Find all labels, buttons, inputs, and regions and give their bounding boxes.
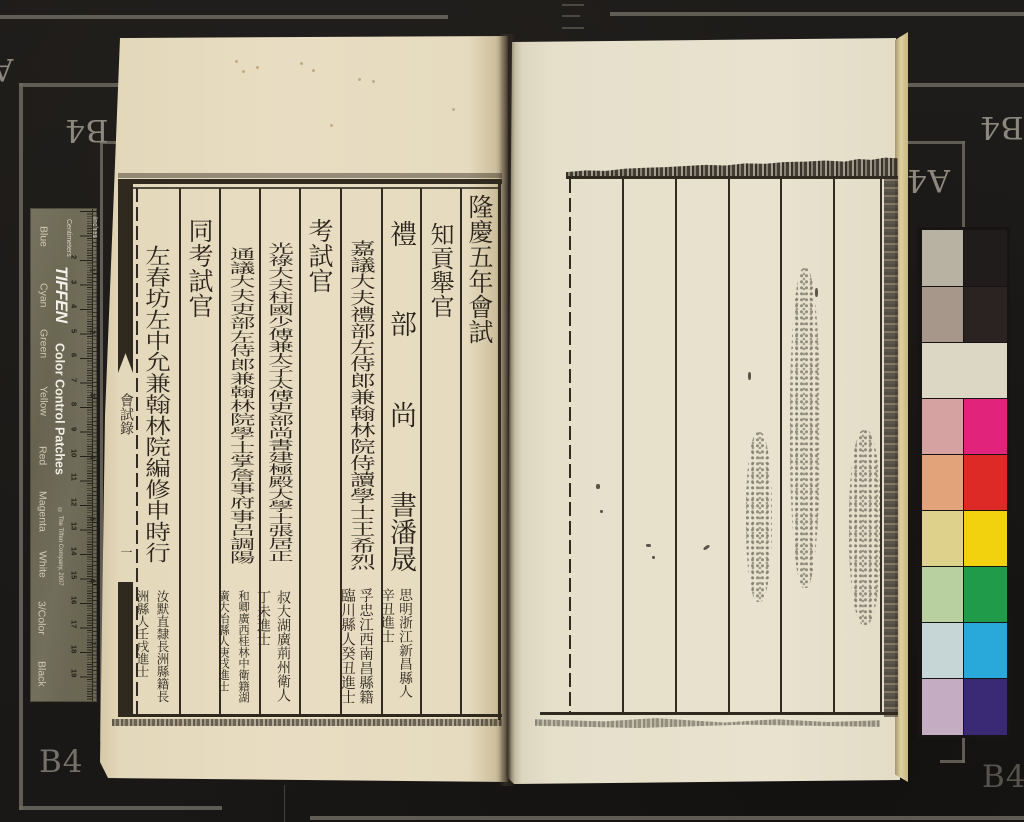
right-page [506, 38, 900, 784]
foxing-spot [256, 66, 259, 69]
ruler-cm-number: 4 [70, 304, 78, 308]
frame-top-rough [118, 173, 502, 178]
column-rule [880, 179, 882, 714]
book-gutter [499, 34, 515, 786]
patch-cyan [964, 623, 1007, 678]
frame-top-border [118, 179, 502, 184]
mat-guide-line [940, 760, 965, 763]
column-rule [780, 179, 782, 714]
mat-guide-line [0, 15, 448, 19]
exam-heading: 隆慶五年會試 [460, 194, 499, 344]
ruler-cm-number: 10 [70, 449, 78, 457]
patch-blue [964, 679, 1007, 735]
strip-color-name: Black [36, 661, 47, 687]
note-line: 和卿廣西桂林中衛籍湖 [233, 590, 253, 703]
strip-color-name: 3/Color [36, 601, 47, 635]
ruler-cm-number: 13 [70, 522, 78, 530]
note-line: 辛丑進士 [377, 588, 395, 698]
frame-top-border [566, 176, 898, 179]
mat-tiny-mark [562, 4, 584, 6]
entry-note: 叔大湖廣荊州衛人 丁未進士 [253, 590, 293, 702]
strip-color-name: Yellow [38, 386, 49, 416]
patch-red [964, 455, 1007, 510]
foxing-spot [300, 62, 303, 65]
banxin-rubbed-band [884, 176, 898, 717]
mat-guide-line [284, 785, 285, 822]
patch-pale-blue [922, 679, 963, 735]
note-line: 洲縣人壬戌進士 [132, 590, 152, 703]
ink-speck [748, 372, 751, 380]
patch-dark-brown [964, 287, 1007, 342]
foxing-spot [235, 60, 238, 63]
strip-color-name: Green [38, 329, 49, 358]
entry-note: 和卿廣西桂林中衛籍湖 廣大冶縣人庚戌進士 [213, 590, 253, 703]
mat-guide-line [610, 12, 1024, 16]
ruler-cm-number: 15 [70, 571, 78, 579]
tiffen-logo: TIFFEN [53, 266, 70, 323]
ink-speck [652, 556, 655, 559]
note-line: 廣大冶縣人庚戌進士 [213, 590, 233, 703]
patch-magenta [964, 399, 1007, 454]
mat-guide-line [310, 816, 1024, 820]
patch-black [964, 230, 1007, 286]
patch-yellow [964, 511, 1007, 566]
column-rule [622, 179, 624, 714]
ruler-cm-number: 9 [70, 427, 78, 431]
mat-tiny-mark [562, 27, 584, 29]
ruler-inch-number: 1 [89, 268, 97, 272]
mat-label-a: A [0, 53, 13, 84]
patch-pale-cyan [922, 623, 963, 678]
ruler-cm-number: 3 [70, 280, 78, 284]
note-line: 丁未進士 [253, 590, 273, 702]
strip-color-name: Blue [38, 226, 49, 247]
banxin-lower-black [118, 582, 133, 715]
ruler-cm-number: 16 [70, 596, 78, 604]
patch-pale-magenta [922, 399, 963, 454]
foxing-spot [358, 78, 361, 81]
note-line: 汝默直隸長洲縣籍長 [152, 590, 172, 703]
ruler-cm-number: 19 [70, 669, 78, 677]
mat-guide-line [962, 141, 965, 229]
patch-pale-red [922, 455, 963, 510]
patch-green [964, 567, 1007, 622]
section-label-associate-examiner: 同考試官 [179, 218, 219, 318]
patch-light-gray [922, 230, 963, 286]
strip-color-name: Magenta [37, 491, 48, 532]
ruler-cm-number: 5 [70, 329, 78, 333]
ruler-inch-number: 2 [89, 330, 97, 334]
strip-color-name: Red [37, 446, 48, 465]
patch-pale-yellow [922, 511, 963, 566]
ruler-cm-number: 11 [70, 473, 78, 481]
mat-label-b4: B4 [979, 111, 1024, 142]
ink-speck [596, 484, 600, 489]
official-entry-shen-shixing: 左春坊左中允兼翰林院編修申時行 [132, 245, 184, 563]
ruler-inch-number: 4 [89, 455, 97, 459]
ink-speck [815, 288, 818, 297]
ruler-inch-number: 3 [89, 393, 97, 397]
foxing-spot [372, 80, 375, 83]
mat-tiny-mark [562, 15, 580, 17]
mat-guide-line [19, 83, 23, 810]
mat-guide-line [905, 141, 965, 144]
ruler-cm-number: 12 [70, 498, 78, 506]
strip-color-name: White [37, 551, 48, 578]
note-line: 孚忠江西南昌縣籍 [356, 588, 374, 704]
bleed-through-text [790, 268, 820, 588]
entry-note: 思明浙江新昌縣人 辛丑進士 [377, 588, 413, 698]
strip-title: Color Control Patches [53, 343, 66, 475]
ruler-cm-number: 8 [70, 402, 78, 406]
ruler-cm-number: 18 [70, 645, 78, 653]
column-rule [833, 179, 835, 714]
mat-guide-line [962, 736, 965, 763]
patch-pale-green [922, 567, 963, 622]
ruler-cm-number: 7 [70, 378, 78, 382]
frame-bottom-border [118, 714, 502, 717]
ruler-inch-number: 7 [89, 641, 97, 645]
photo-stage: A B4 B4 A4 B4 B4 會試錄 一 隆慶五年會試 知貢舉官 禮 部 [0, 0, 1024, 822]
strip-color-name: Cyan [38, 283, 49, 308]
foxing-spot [452, 108, 455, 111]
foxing-spot [242, 70, 245, 73]
ruler-cm-number: 6 [70, 353, 78, 357]
note-line: 思明浙江新昌縣人 [395, 588, 413, 698]
strip-copyright: © The Tiffen Company, 2007 [57, 508, 63, 586]
frame-bottom-rough [112, 719, 502, 726]
mat-guide-line [19, 83, 121, 87]
ruler-inch-number: 5 [89, 517, 97, 521]
note-line: 叔大湖廣荊州衛人 [273, 590, 293, 702]
ruler-cm-number: 17 [70, 620, 78, 628]
ruler-inch-number: 6 [89, 579, 97, 583]
ruler-cm-label: Centimeters [65, 219, 72, 257]
column-rule [728, 179, 730, 714]
section-label-chief-examiner: 知貢舉官 [420, 222, 460, 318]
column-rule [675, 179, 677, 714]
frame-bottom-border [540, 712, 898, 715]
ink-speck [600, 510, 603, 513]
tiffen-color-control-strip: Blue Cyan Green Yellow Red Magenta White… [30, 208, 97, 702]
mat-label-b4: B4 [64, 114, 109, 145]
frame-top-inner-line [132, 187, 500, 189]
foxing-spot [312, 69, 315, 72]
patch-white [922, 343, 1007, 398]
mat-label-a4: A4 [906, 164, 950, 195]
mat-label-b4: B4 [982, 762, 1024, 793]
mat-guide-line [905, 83, 1024, 87]
bleed-through-text [746, 432, 772, 602]
color-patch-target [917, 227, 1010, 738]
bleed-through-text [849, 430, 881, 625]
ink-speck [646, 544, 651, 547]
entry-note: 汝默直隸長洲縣籍長 洲縣人壬戌進士 [132, 590, 172, 703]
note-line: 臨川縣人癸丑進士 [338, 588, 356, 704]
foxing-spot [330, 124, 333, 127]
mat-label-b4: B4 [39, 747, 84, 778]
patch-taupe [922, 287, 963, 342]
ruler-cm-number: 2 [70, 255, 78, 259]
column-rule [569, 179, 571, 714]
ruler-cm-number: 14 [70, 547, 78, 555]
entry-note: 孚忠江西南昌縣籍 臨川縣人癸丑進士 [338, 588, 374, 704]
mat-guide-line [19, 806, 222, 810]
